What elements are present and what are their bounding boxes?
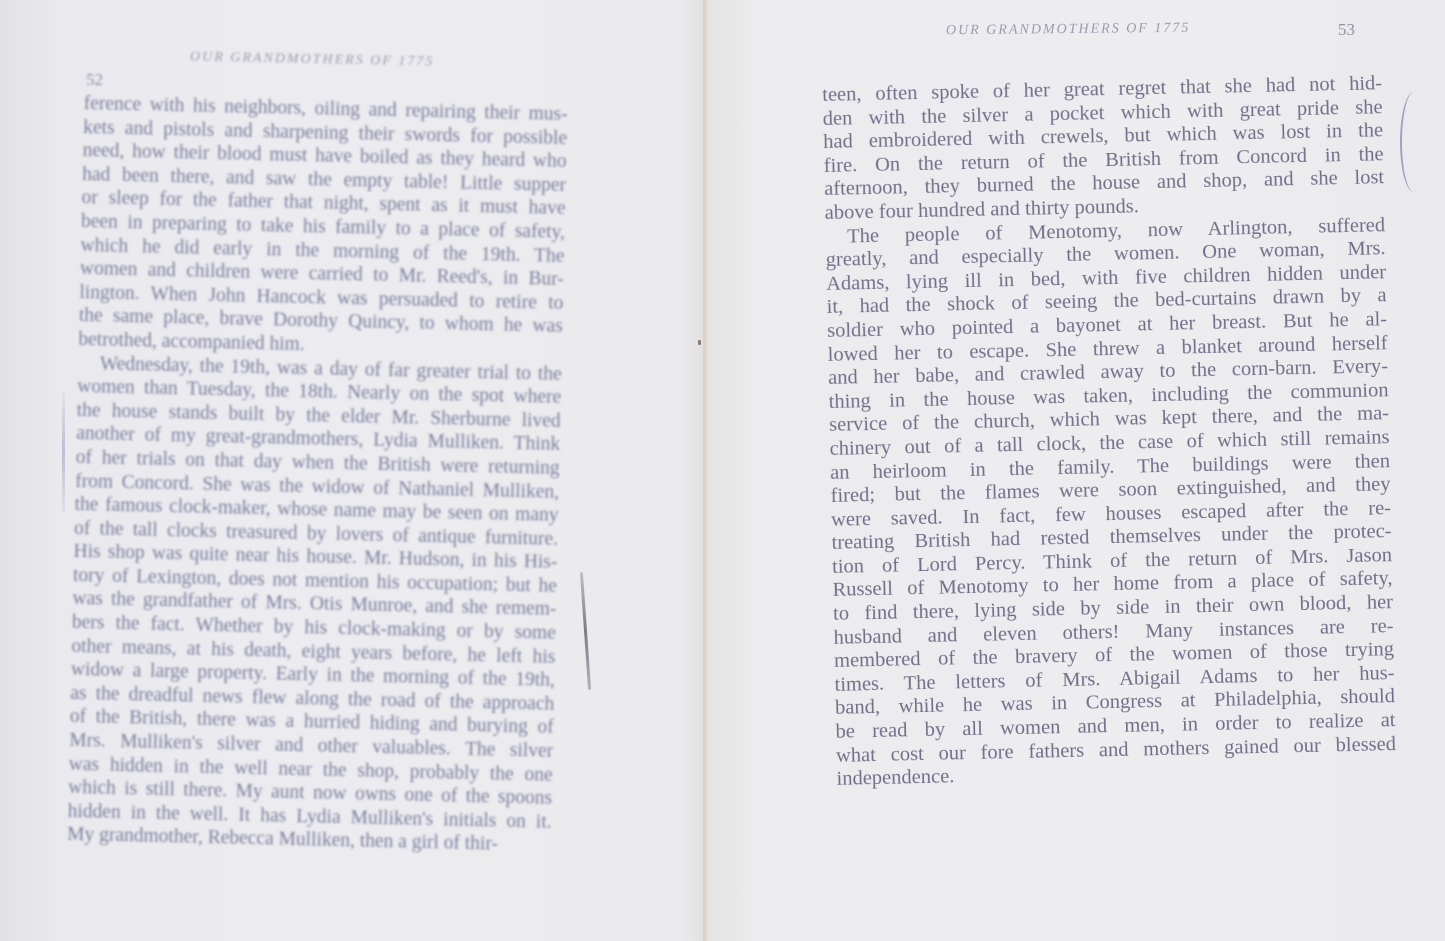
left-running-head: OUR GRANDMOTHERS OF 1775 (190, 49, 435, 70)
left-page: 52 OUR GRANDMOTHERS OF 1775 ference with… (0, 0, 702, 941)
right-page-number: 53 (1338, 20, 1355, 40)
book-spread: 52 OUR GRANDMOTHERS OF 1775 ference with… (0, 0, 1445, 941)
left-page-text: ference with his neighbors, oiling and r… (67, 92, 568, 858)
pencil-margin-mark (580, 572, 591, 690)
right-running-head: OUR GRANDMOTHERS OF 1775 (946, 21, 1191, 40)
pencil-margin-mark (62, 392, 65, 512)
book-spine (703, 0, 706, 941)
right-page-text: teen, often spoke of her great regret th… (822, 72, 1397, 791)
pencil-bracket-mark (1400, 92, 1428, 192)
right-page: OUR GRANDMOTHERS OF 1775 53 teen, often … (708, 0, 1445, 941)
left-page-number: 52 (86, 70, 103, 90)
